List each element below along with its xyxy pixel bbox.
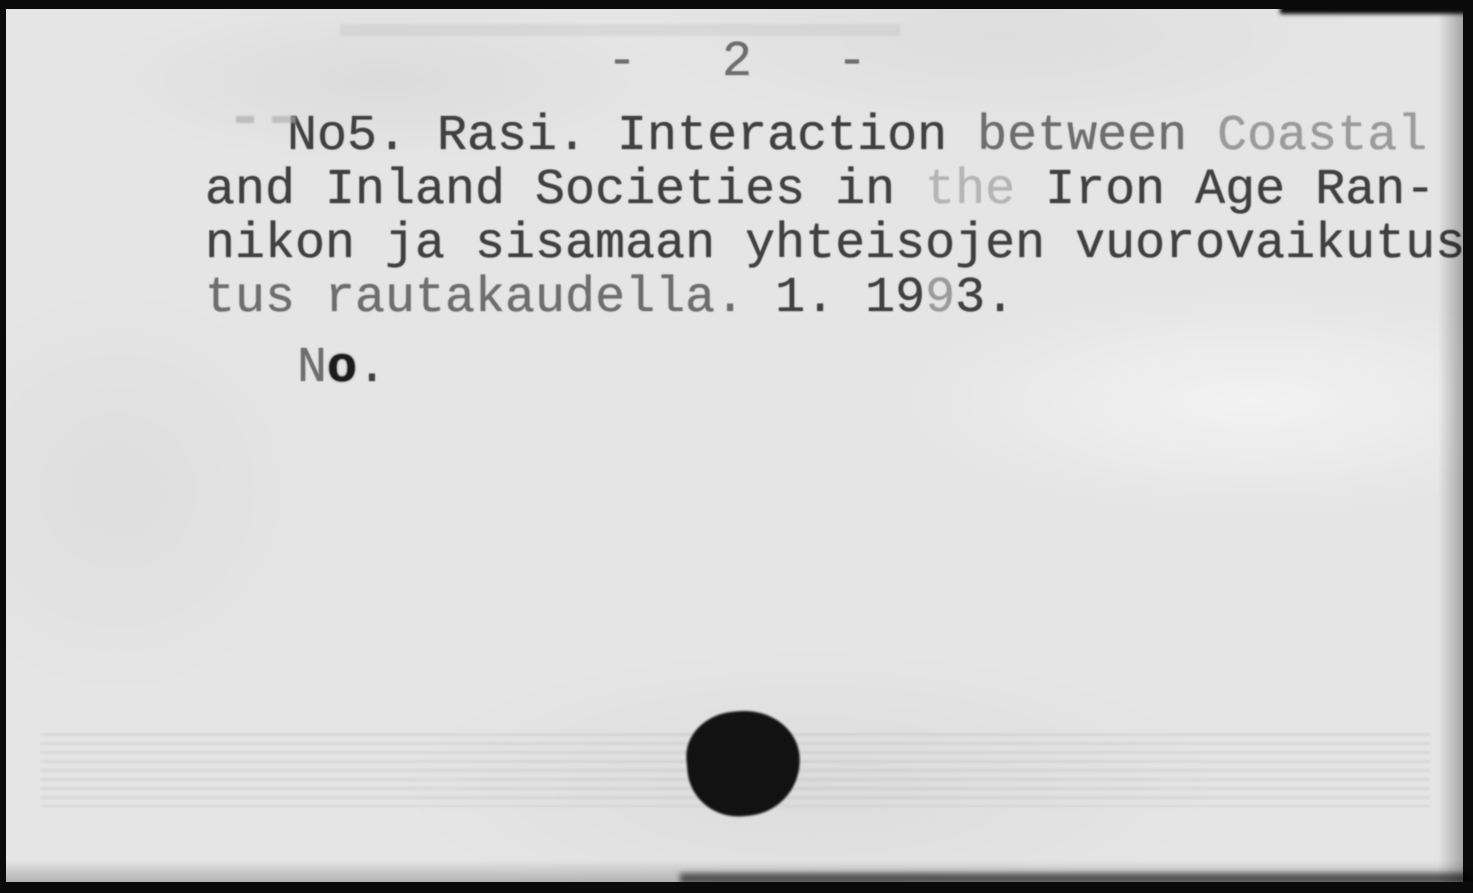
text-segment: .: [357, 340, 387, 397]
text-segment: the: [925, 162, 1015, 219]
ghost-mark: [340, 24, 900, 36]
text-segment: 3.: [955, 270, 1015, 327]
text-segment: Coastal: [1217, 108, 1427, 165]
text-segment: between: [977, 108, 1217, 165]
text-segment: No5. Rasi. Interaction: [287, 108, 977, 165]
scan-edge-top: [0, 0, 1473, 9]
text-segment: and Inland Societies in: [205, 162, 925, 219]
scan-edge-left: [0, 0, 6, 893]
text-segment: N: [297, 340, 327, 397]
paragraph-line: nikon ja sisamaan yhteisojen vuorovaikut…: [205, 218, 1465, 272]
scanned-document-page: - 2 - No5. Rasi. Interaction between Coa…: [0, 0, 1473, 893]
scan-shadow-right: [1438, 0, 1463, 893]
text-segment: nikon ja sisamaan yhteisojen vuorovaikut…: [205, 216, 1465, 273]
text-segment: tus rautakaudella.: [205, 270, 775, 327]
text-segment: 1. 19: [775, 270, 925, 327]
page-number: - 2 -: [607, 38, 867, 88]
ghost-mark: [236, 116, 296, 123]
paragraph-line: and Inland Societies in the Iron Age Ran…: [205, 164, 1465, 218]
scan-edge-top-right: [1280, 0, 1473, 14]
catalog-number-label: No.: [297, 342, 387, 396]
text-segment: 9: [925, 270, 955, 327]
text-segment: Iron Age Ran-: [1015, 162, 1435, 219]
text-segment: o: [327, 340, 357, 397]
paragraph-line: tus rautakaudella. 1. 1993.: [205, 272, 1465, 326]
scan-edge-right: [1463, 0, 1473, 893]
paragraph-line: No5. Rasi. Interaction between Coastal: [205, 110, 1465, 164]
scan-edge-bottom: [0, 882, 1473, 893]
typewritten-paragraph: No5. Rasi. Interaction between Coastalan…: [205, 110, 1465, 326]
